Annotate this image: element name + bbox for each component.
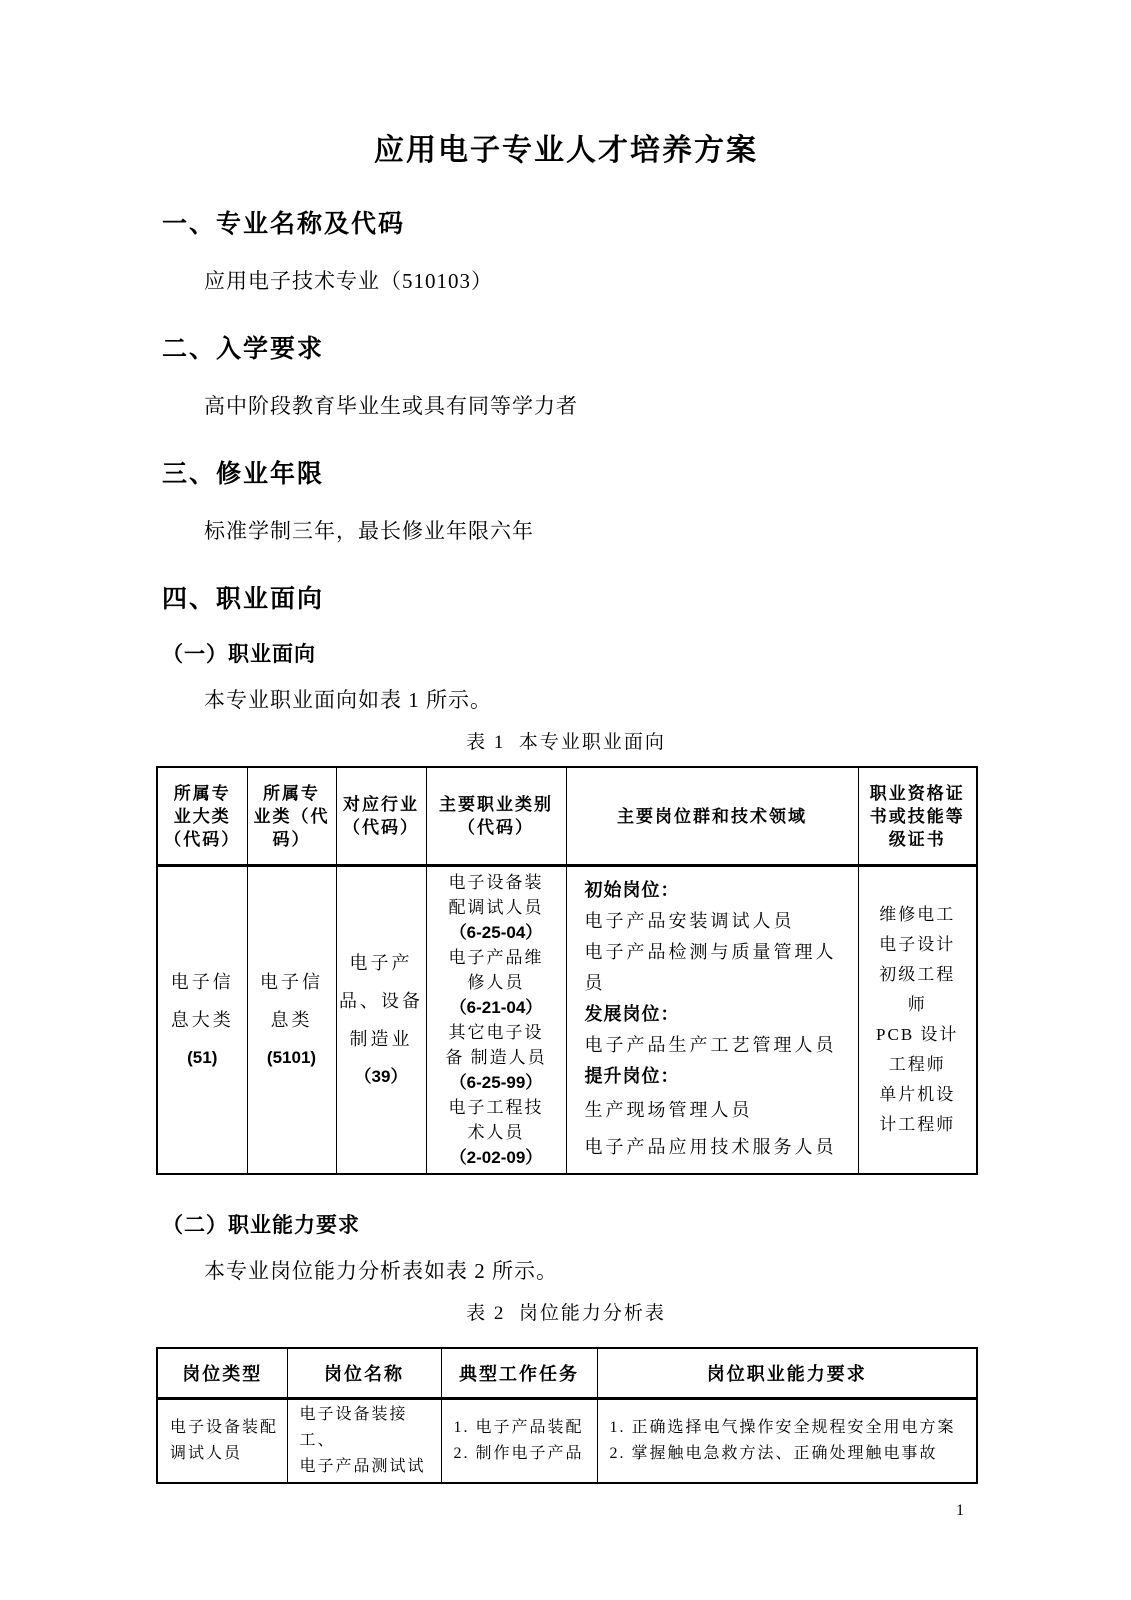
t1-category-line: 电子信 <box>250 963 334 1001</box>
post-group-promotion-items: 生产现场管理人员 电子产品应用技术服务人员 <box>585 1092 856 1166</box>
table-2: 岗位类型 岗位名称 典型工作任务 岗位职业能力要求 电子设备装配 调试人员 电子… <box>156 1347 978 1484</box>
table-1-header-row: 所属专 业大类 （代码） 所属专 业类（代 码） 对应行业 （代码） 主要职业类… <box>157 767 977 866</box>
t1-cell-category: 电子信 息类 (5101) <box>247 866 336 1175</box>
t1-occupation-line: 修人员 <box>429 970 564 995</box>
post-group-promotion: 提升岗位： 生产现场管理人员 电子产品应用技术服务人员 <box>585 1061 856 1166</box>
table-2-data-row: 电子设备装配 调试人员 电子设备装接工、 电子产品测试试 1. 电子产品装配 2… <box>157 1399 977 1484</box>
t1-occupation-line: 电子产品维 <box>429 945 564 970</box>
t2-header-post-name: 岗位名称 <box>287 1348 441 1399</box>
section-1-body: 应用电子技术专业（510103） <box>156 267 976 295</box>
t1-cell-major-category: 电子信 息大类 (51) <box>157 866 247 1175</box>
section-3-heading: 三、修业年限 <box>156 458 976 491</box>
section-2-body: 高中阶段教育毕业生或具有同等学力者 <box>156 392 976 420</box>
t1-occupation-line: 术人员 <box>429 1120 564 1145</box>
t1-industry-line: 品、设备 <box>339 982 424 1020</box>
t1-occupation-code: （6-21-04） <box>429 995 564 1020</box>
post-group-development: 发展岗位： 电子产品生产工艺管理人员 <box>585 999 856 1061</box>
post-group-development-label: 发展岗位： <box>585 999 856 1030</box>
t1-occupation-line: 备 制造人员 <box>429 1045 564 1070</box>
section-4-2-heading: （二）职业能力要求 <box>156 1211 976 1241</box>
t2-header-ability-requirements: 岗位职业能力要求 <box>597 1348 977 1399</box>
t1-major-category-code: (51) <box>160 1039 245 1077</box>
t1-cell-occupations: 电子设备装 配调试人员 （6-25-04） 电子产品维 修人员 （6-21-04… <box>426 866 566 1175</box>
t1-occupation-code: （6-25-04） <box>429 920 564 945</box>
t1-industry-code: （39） <box>339 1058 424 1096</box>
t1-cell-certificates: 维修电工 电子设计 初级工程 师 PCB 设计 工程师 单片机设 计工程师 <box>858 866 977 1175</box>
t1-occupation-line: 配调试人员 <box>429 895 564 920</box>
post-group-initial-label: 初始岗位： <box>585 875 856 906</box>
t2-cell-post-name: 电子设备装接工、 电子产品测试试 <box>287 1399 441 1484</box>
t2-cell-ability-requirements: 1. 正确选择电气操作安全规程安全用电方案 2. 掌握触电急救方法、正确处理触电… <box>597 1399 977 1484</box>
t2-header-post-type: 岗位类型 <box>157 1348 287 1399</box>
document-title: 应用电子专业人才培养方案 <box>156 131 976 170</box>
section-2-heading: 二、入学要求 <box>156 333 976 366</box>
t1-category-code: (5101) <box>250 1039 334 1077</box>
t1-header-category: 所属专 业类（代 码） <box>247 767 336 866</box>
section-4-heading: 四、职业面向 <box>156 583 976 616</box>
t1-occupation-line: 电子设备装 <box>429 870 564 895</box>
post-group-initial-items: 电子产品安装调试人员 电子产品检测与质量管理人员 <box>585 906 856 999</box>
document-content: 应用电子专业人才培养方案 一、专业名称及代码 应用电子技术专业（510103） … <box>0 0 1131 1522</box>
table-2-header-row: 岗位类型 岗位名称 典型工作任务 岗位职业能力要求 <box>157 1348 977 1399</box>
t2-cell-post-type: 电子设备装配 调试人员 <box>157 1399 287 1484</box>
section-1-heading: 一、专业名称及代码 <box>156 208 976 241</box>
t2-cell-typical-tasks: 1. 电子产品装配 2. 制作电子产品 <box>441 1399 597 1484</box>
t1-industry-line: 制造业 <box>339 1020 424 1058</box>
t1-header-occupation: 主要职业类别 （代码） <box>426 767 566 866</box>
t1-occupation-code: （2-02-09） <box>429 1145 564 1170</box>
section-4-1-heading: （一）职业面向 <box>156 640 976 670</box>
t1-header-industry: 对应行业 （代码） <box>336 767 426 866</box>
post-group-promotion-label: 提升岗位： <box>585 1061 856 1092</box>
section-4-2-body: 本专业岗位能力分析表如表 2 所示。 <box>156 1257 976 1285</box>
t1-header-certificates: 职业资格证 书或技能等 级证书 <box>858 767 977 866</box>
table-1: 所属专 业大类 （代码） 所属专 业类（代 码） 对应行业 （代码） 主要职业类… <box>156 766 978 1175</box>
section-4-1-body: 本专业职业面向如表 1 所示。 <box>156 686 976 714</box>
t1-header-major-category: 所属专 业大类 （代码） <box>157 767 247 866</box>
t2-header-typical-tasks: 典型工作任务 <box>441 1348 597 1399</box>
table-2-caption: 表 2 岗位能力分析表 <box>156 1301 976 1327</box>
t1-occupation-line: 其它电子设 <box>429 1020 564 1045</box>
t1-cell-posts: 初始岗位： 电子产品安装调试人员 电子产品检测与质量管理人员 发展岗位： 电子产… <box>566 866 858 1175</box>
section-3-body: 标准学制三年，最长修业年限六年 <box>156 517 976 545</box>
t1-occupation-line: 电子工程技 <box>429 1095 564 1120</box>
t1-major-category-line: 息大类 <box>160 1001 245 1039</box>
document-page: 应用电子专业人才培养方案 一、专业名称及代码 应用电子技术专业（510103） … <box>0 0 1131 1600</box>
t1-industry-line: 电子产 <box>339 944 424 982</box>
t1-header-posts: 主要岗位群和技术领域 <box>566 767 858 866</box>
table-1-caption: 表 1 本专业职业面向 <box>156 730 976 756</box>
post-group-development-items: 电子产品生产工艺管理人员 <box>585 1030 856 1061</box>
page-number: 1 <box>156 1500 976 1522</box>
t1-major-category-line: 电子信 <box>160 963 245 1001</box>
table-1-data-row: 电子信 息大类 (51) 电子信 息类 (5101) 电子产 品、设备 制造业 … <box>157 866 977 1175</box>
post-group-initial: 初始岗位： 电子产品安装调试人员 电子产品检测与质量管理人员 <box>585 875 856 999</box>
t1-category-line: 息类 <box>250 1001 334 1039</box>
t1-cell-industry: 电子产 品、设备 制造业 （39） <box>336 866 426 1175</box>
t1-occupation-code: （6-25-99） <box>429 1070 564 1095</box>
